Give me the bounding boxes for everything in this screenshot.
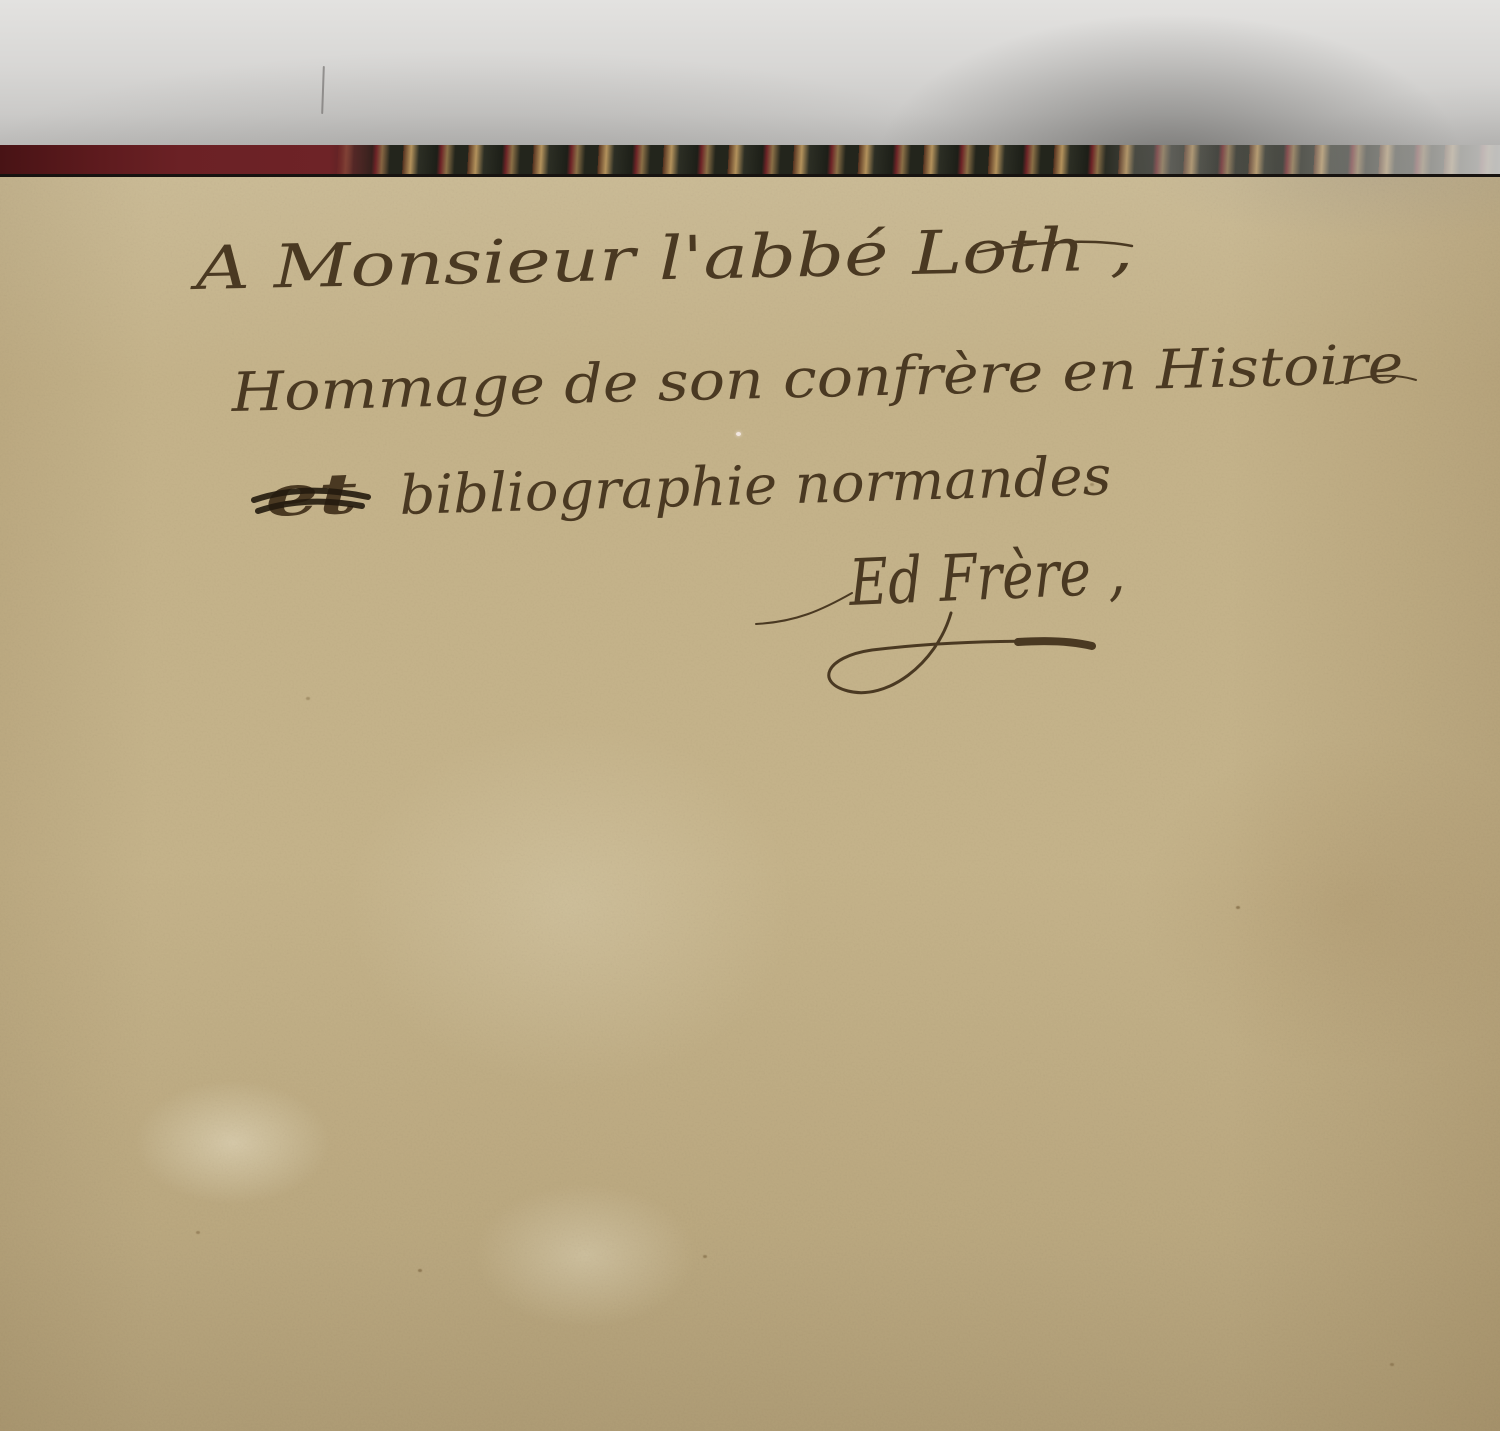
backdrop-scratch <box>321 66 325 114</box>
book-cover-marbled-edge <box>0 145 1500 177</box>
photo-backdrop <box>0 0 1500 146</box>
photo-vignette <box>0 177 1500 1431</box>
book-endpaper-page <box>0 177 1500 1431</box>
paper-foxing-specks <box>0 177 4 180</box>
paper-grain-texture <box>0 177 1500 1431</box>
book-photo: A Monsieur l'abbé Loth , Hommage de son … <box>0 0 1500 1431</box>
paper-bright-speck <box>736 432 741 436</box>
